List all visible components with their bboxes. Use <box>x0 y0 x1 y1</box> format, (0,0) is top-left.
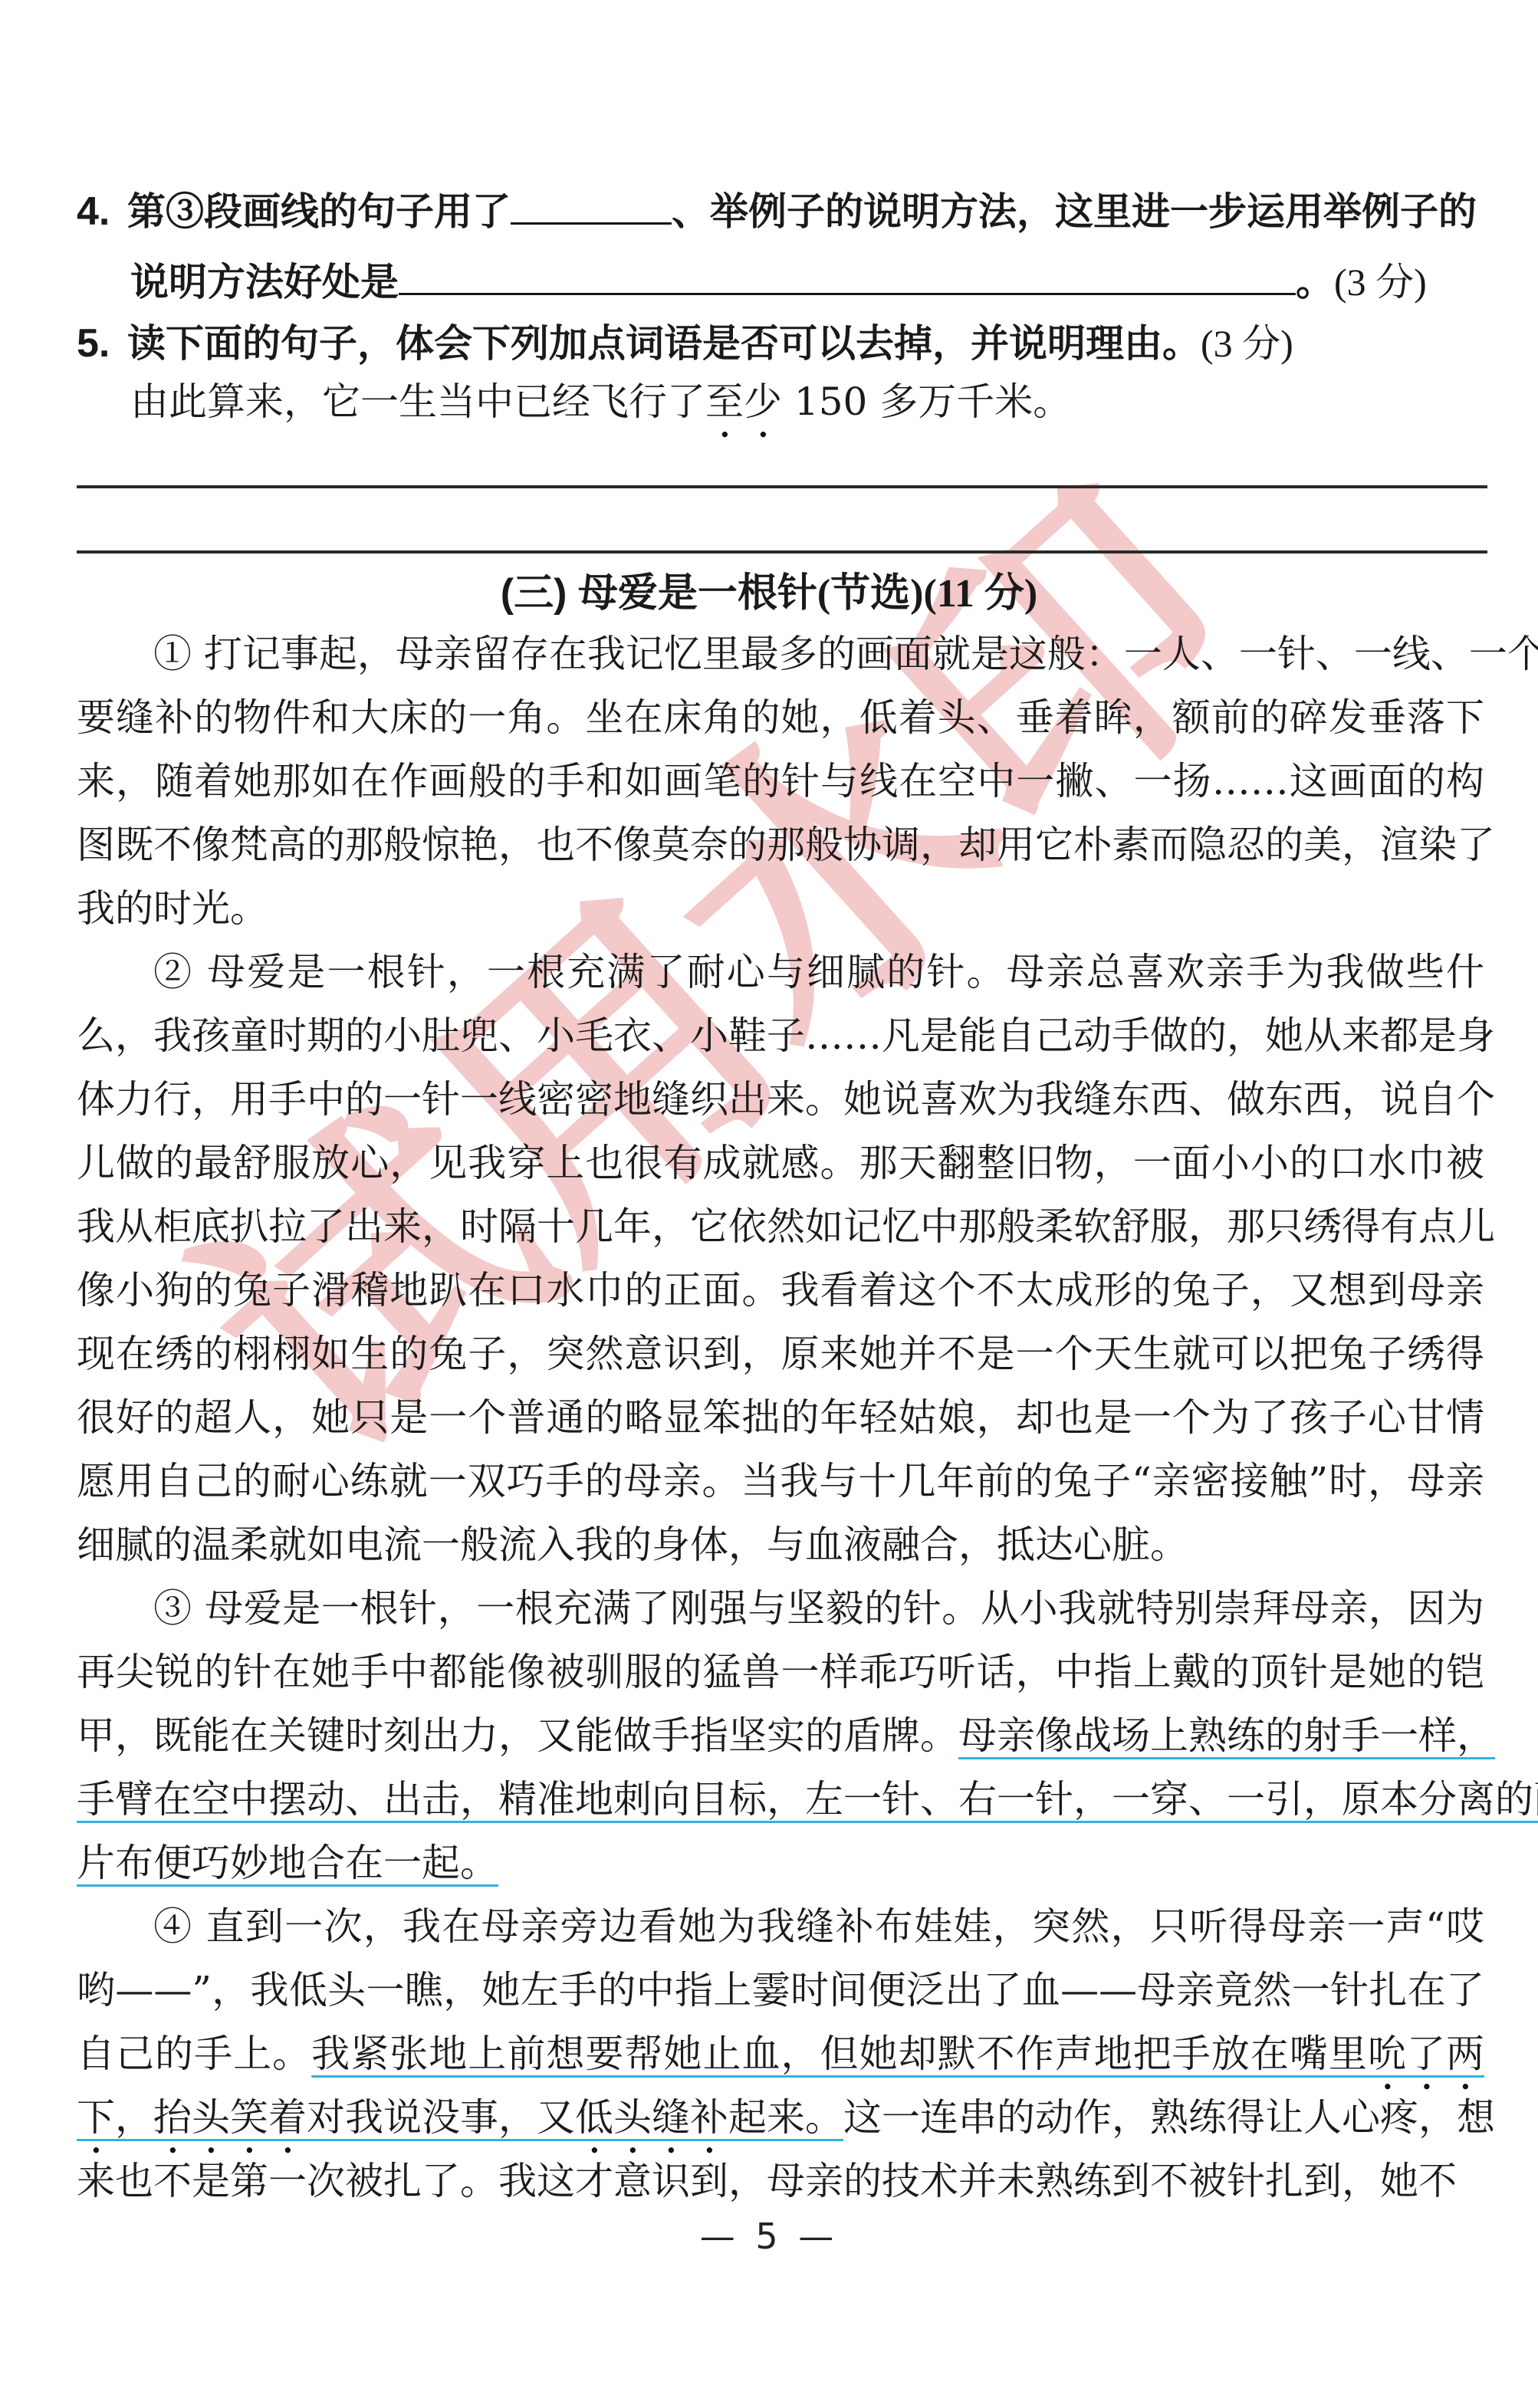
passage-text: 愿用自己的耐心练就一双巧手的母亲。当我与十几年前的兔子“亲密接触”时，母亲 <box>77 1459 1484 1503</box>
question-5-line-1: 5.读下面的句子，体会下列加点词语是否可以去掉，并说明理由。(3 分) <box>77 316 1293 371</box>
question-4-line2-text: 说明方法好处是 <box>130 261 399 304</box>
passage-text: 很好的超人，她只是一个普通的略显笨拙的年轻姑娘，却也是一个为了孩子心甘情 <box>77 1395 1484 1440</box>
question-5-score: (3 分) <box>1201 322 1293 365</box>
underlined-sentence-segment: ， <box>115 2095 153 2140</box>
underlined-sentence-segment: 母亲像战场上熟练的射手一样， <box>958 1713 1495 1758</box>
passage-text: 儿做的最舒服放心，见我穿上也很有成就感。那天翻整旧物，一面小小的口水巾被 <box>77 1141 1484 1185</box>
underlined-sentence-segment: 起来。 <box>728 2095 843 2140</box>
q5-sentence-after: 150 多万千米。 <box>782 379 1071 424</box>
reading-passage: ① 打记事起，母亲留存在我记忆里最多的画面就是这般：一人、一针、一线、一个要缝补… <box>77 623 1484 2213</box>
page-number: — 5 — <box>0 2216 1538 2257</box>
passage-line: 哟——”，我低头一瞧，她左手的中指上霎时间便泛出了血——母亲竟然一针扎在了 <box>77 1959 1484 2022</box>
passage-line: 像小狗的兔子滑稽地趴在口水巾的正面。我看着这个不太成形的兔子，又想到母亲 <box>77 1259 1484 1322</box>
passage-line: ① 打记事起，母亲留存在我记忆里最多的画面就是这般：一人、一针、一线、一个 <box>77 623 1484 686</box>
underlined-sentence-segment: 低头缝补 <box>575 2095 728 2140</box>
underlined-sentence-segment: 对我说没事，又 <box>307 2095 575 2140</box>
question-4-text-after-blank: 、举例子的说明方法，这里进一步运用举例子的 <box>672 190 1477 233</box>
passage-text: 自己的手上。 <box>77 2032 311 2076</box>
question-4-score: (3 分) <box>1334 261 1427 304</box>
passage-line: 我从柜底扒拉了出来，时隔十几年，它依然如记忆中那般柔软舒服，那只绣得有点儿 <box>77 1195 1484 1259</box>
question-5-text: 读下面的句子，体会下列加点词语是否可以去掉，并说明理由。 <box>127 322 1201 365</box>
underlined-sentence-segment: 手臂在空中摆动、出击，精准地刺向目标，左一针、右一针，一穿、一引，原本分离的两 <box>77 1777 1538 1822</box>
passage-text: ④ 直到一次，我在母亲旁边看她为我缝补布娃娃，突然，只听得母亲一声“哎 <box>153 1904 1484 1949</box>
question-4-line-1: 4.第③段画线的句子用了、举例子的说明方法，这里进一步运用举例子的 <box>77 178 1477 239</box>
passage-text: 么，我孩童时期的小肚兜、小毛衣、小鞋子……凡是能自己动手做的，她从来都是身 <box>77 1013 1495 1058</box>
passage-line: 细腻的温柔就如电流一般流入我的身体，与血液融合，抵达心脏。 <box>77 1513 1484 1577</box>
exam-page: 4.第③段画线的句子用了、举例子的说明方法，这里进一步运用举例子的 说明方法好处… <box>0 0 1538 2408</box>
passage-text: 像小狗的兔子滑稽地趴在口水巾的正面。我看着这个不太成形的兔子，又想到母亲 <box>77 1268 1484 1312</box>
passage-line: 下，抬头笑着对我说没事，又低头缝补起来。这一连串的动作，熟练得让人心疼，想 <box>77 2086 1484 2150</box>
passage-text: 来也不是第一次被扎了。我这才意识到，母亲的技术并未熟练到不被针扎到，她不 <box>77 2159 1457 2203</box>
passage-line: 自己的手上。我紧张地上前想要帮她止血，但她却默不作声地把手放在嘴里吮了两 <box>77 2022 1484 2086</box>
question-5-number: 5. <box>77 316 127 371</box>
passage-text: 细腻的温柔就如电流一般流入我的身体，与血液融合，抵达心脏。 <box>77 1523 1188 1567</box>
question-4-number: 4. <box>77 184 127 239</box>
passage-line: 要缝补的物件和大床的一角。坐在床角的她，低着头、垂着眸，额前的碎发垂落下 <box>77 686 1484 750</box>
section-title: (三) 母爱是一根针(节选)(11 分) <box>0 569 1538 619</box>
passage-line: ② 母爱是一根针，一根充满了耐心与细腻的针。母亲总喜欢亲手为我做些什 <box>77 941 1484 1004</box>
passage-text: 这一连串的动作，熟练得让人心疼，想 <box>843 2095 1495 2140</box>
q4-fill-blank-2[interactable] <box>399 248 1296 295</box>
passage-text: 要缝补的物件和大床的一角。坐在床角的她，低着头、垂着眸，额前的碎发垂落下 <box>77 695 1484 740</box>
passage-text: 甲，既能在关键时刻出力，又能做手指坚实的盾牌。 <box>77 1713 958 1758</box>
q5-sentence-before: 由此算来，它一生当中已经飞行了 <box>130 379 705 424</box>
passage-text: 哟——”，我低头一瞧，她左手的中指上霎时间便泛出了血——母亲竟然一针扎在了 <box>77 1968 1484 2012</box>
passage-line: 图既不像梵高的那般惊艳，也不像莫奈的那般协调，却用它朴素而隐忍的美，渲染了 <box>77 813 1484 877</box>
passage-line: 么，我孩童时期的小肚兜、小毛衣、小鞋子……凡是能自己动手做的，她从来都是身 <box>77 1004 1484 1068</box>
question-5-sentence: 由此算来，它一生当中已经飞行了至少 150 多万千米。 <box>130 374 1071 446</box>
passage-line: 现在绣的栩栩如生的兔子，突然意识到，原来她并不是一个天生就可以把兔子绣得 <box>77 1322 1484 1386</box>
answer-write-line-1[interactable] <box>77 485 1487 488</box>
passage-line: 手臂在空中摆动、出击，精准地刺向目标，左一针、右一针，一穿、一引，原本分离的两 <box>77 1768 1484 1831</box>
question-4-line-2: 说明方法好处是。(3 分) <box>130 248 1427 310</box>
passage-text: 我从柜底扒拉了出来，时隔十几年，它依然如记忆中那般柔软舒服，那只绣得有点儿 <box>77 1204 1495 1249</box>
passage-line: ④ 直到一次，我在母亲旁边看她为我缝补布娃娃，突然，只听得母亲一声“哎 <box>77 1895 1484 1959</box>
passage-line: 体力行，用手中的一针一线密密地缝织出来。她说喜欢为我缝东西、做东西，说自个 <box>77 1068 1484 1132</box>
answer-write-line-2[interactable] <box>77 550 1487 554</box>
underlined-sentence-segment: 片布便巧妙地合在一起。 <box>77 1841 498 1885</box>
passage-text: 来，随着她那如在作画般的手和如画笔的针与线在空中一撇、一扬……这画面的构 <box>77 759 1484 803</box>
underlined-sentence-segment: 我紧张地上前想要帮她止血，但她却默不作声地把手放在嘴里 <box>311 2032 1368 2076</box>
section-title-main: (三) 母爱是一根针 <box>501 571 817 616</box>
passage-text: ② 母爱是一根针，一根充满了耐心与细腻的针。母亲总喜欢亲手为我做些什 <box>153 950 1484 994</box>
passage-line: ③ 母爱是一根针，一根充满了刚强与坚毅的针。从小我就特别崇拜母亲，因为 <box>77 1577 1484 1641</box>
passage-text: 图既不像梵高的那般惊艳，也不像莫奈的那般协调，却用它朴素而隐忍的美，渲染了 <box>77 823 1495 867</box>
passage-text: 我的时光。 <box>77 886 268 931</box>
underlined-sentence-segment: 吮了两 <box>1368 2032 1484 2076</box>
passage-line: 很好的超人，她只是一个普通的略显笨拙的年轻姑娘，却也是一个为了孩子心甘情 <box>77 1386 1484 1450</box>
passage-line: 来也不是第一次被扎了。我这才意识到，母亲的技术并未熟练到不被针扎到，她不 <box>77 2150 1484 2213</box>
passage-line: 片布便巧妙地合在一起。 <box>77 1831 1484 1895</box>
passage-line: 甲，既能在关键时刻出力，又能做手指坚实的盾牌。母亲像战场上熟练的射手一样， <box>77 1704 1484 1768</box>
q5-dotted-word: 至少 <box>705 379 782 424</box>
passage-line: 愿用自己的耐心练就一双巧手的母亲。当我与十几年前的兔子“亲密接触”时，母亲 <box>77 1450 1484 1513</box>
passage-text: 再尖锐的针在她手中都能像被驯服的猛兽一样乖巧听话，中指上戴的顶针是她的铠 <box>77 1650 1484 1694</box>
passage-line: 我的时光。 <box>77 877 1484 941</box>
passage-line: 来，随着她那如在作画般的手和如画笔的针与线在空中一撇、一扬……这画面的构 <box>77 750 1484 813</box>
passage-text: ① 打记事起，母亲留存在我记忆里最多的画面就是这般：一人、一针、一线、一个 <box>153 632 1538 676</box>
passage-text: 现在绣的栩栩如生的兔子，突然意识到，原来她并不是一个天生就可以把兔子绣得 <box>77 1332 1484 1376</box>
passage-line: 再尖锐的针在她手中都能像被驯服的猛兽一样乖巧听话，中指上戴的顶针是她的铠 <box>77 1641 1484 1704</box>
passage-text: ③ 母爱是一根针，一根充满了刚强与坚毅的针。从小我就特别崇拜母亲，因为 <box>153 1586 1484 1631</box>
question-4-text-before-blank: 第③段画线的句子用了 <box>127 190 511 233</box>
question-4-period: 。 <box>1296 261 1334 304</box>
passage-line: 儿做的最舒服放心，见我穿上也很有成就感。那天翻整旧物，一面小小的口水巾被 <box>77 1132 1484 1195</box>
q4-fill-blank-1[interactable] <box>511 178 672 225</box>
passage-text: 体力行，用手中的一针一线密密地缝织出来。她说喜欢为我缝东西、做东西，说自个 <box>77 1077 1495 1122</box>
underlined-sentence-segment: 抬头笑着 <box>153 2095 307 2140</box>
section-title-suffix: (节选)(11 分) <box>817 572 1037 616</box>
underlined-sentence-segment: 下 <box>77 2095 115 2140</box>
